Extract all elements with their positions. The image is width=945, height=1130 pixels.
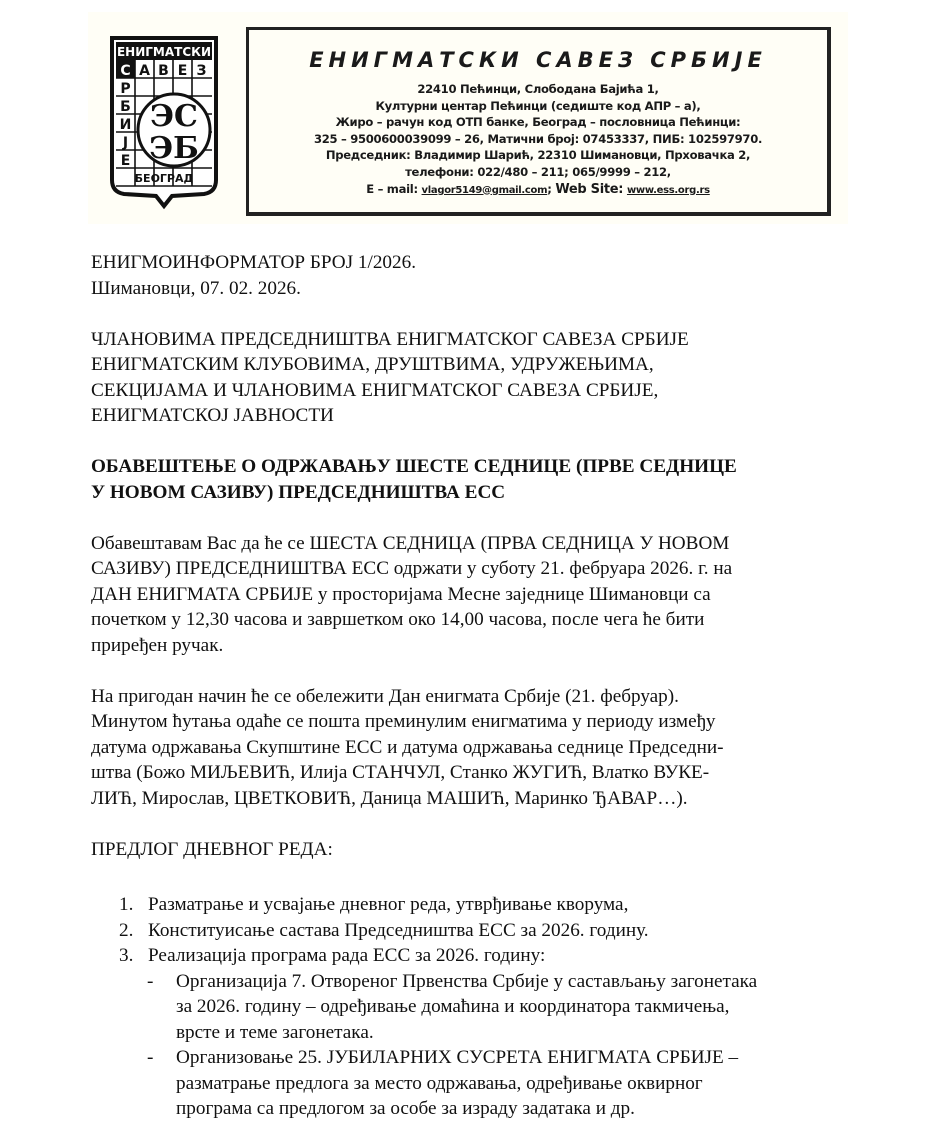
agenda-number: 1. bbox=[119, 892, 133, 918]
agenda-text: Конституисање састава Председништва ЕСС … bbox=[148, 920, 649, 941]
registration-numbers-line: 325 – 9500600039099 – 26, Матични број: … bbox=[249, 131, 827, 148]
svg-text:Р: Р bbox=[120, 81, 130, 97]
email-link[interactable]: vlagor5149@gmail.com bbox=[422, 185, 548, 196]
subitem-line: врсте и теме загонетака. bbox=[176, 1020, 861, 1046]
svg-text:И: И bbox=[120, 117, 132, 133]
website-link[interactable]: www.ess.org.rs bbox=[627, 185, 710, 196]
paragraph-line: приређен ручак. bbox=[91, 633, 861, 659]
agenda-subitem: - Организација 7. Отвореног Првенства Ср… bbox=[91, 969, 861, 1046]
paragraph-line: Обавештавам Вас да ће се ШЕСТА СЕДНИЦА (… bbox=[91, 531, 861, 557]
subitem-line: Организација 7. Отвореног Првенства Срби… bbox=[176, 969, 861, 995]
agenda-subitems: - Организација 7. Отвореног Првенства Ср… bbox=[91, 969, 861, 1122]
paragraph-line: Минутом ћутања одаће се пошта преминулим… bbox=[91, 709, 861, 735]
notice-title: ОБАВЕШТЕЊЕ О ОДРЖАВАЊУ ШЕСТЕ СЕДНИЦЕ (ПР… bbox=[91, 454, 861, 505]
recipient-line: ЕНИГМАТСКОЈ ЈАВНОСТИ bbox=[91, 403, 861, 429]
svg-text:А: А bbox=[139, 63, 150, 79]
svg-text:ЭС: ЭС bbox=[150, 99, 198, 134]
svg-text:С: С bbox=[120, 63, 130, 79]
recipients-block: ЧЛАНОВИМА ПРЕДСЕДНИШТВА ЕНИГМАТСКОГ САВЕ… bbox=[91, 327, 861, 429]
svg-text:Е: Е bbox=[178, 63, 188, 79]
phones-line: телефони: 022/480 – 211; 065/9999 – 212, bbox=[249, 164, 827, 181]
ess-shield-logo-icon: ЕНИГМАТСКИ С А В Е З Р Б И Ј Е ЭС ЭБ БЕО… bbox=[104, 30, 224, 210]
agenda-item: 2.Конституисање састава Председништва ЕС… bbox=[91, 918, 861, 944]
subitem-line: Организовање 25. ЈУБИЛАРНИХ СУСРЕТА ЕНИГ… bbox=[176, 1045, 861, 1071]
organization-name: ЕНИГМАТСКИ САВЕЗ СРБИЈЕ bbox=[249, 48, 827, 72]
agenda-text: Разматрање и усвајање дневног реда, утвр… bbox=[148, 894, 628, 915]
web-label: Web Site: bbox=[555, 182, 623, 197]
subitem-line: разматрање предлога за место одржавања, … bbox=[176, 1071, 861, 1097]
subitem-line: за 2026. годину – одређивање домаћина и … bbox=[176, 994, 861, 1020]
svg-text:Б: Б bbox=[120, 99, 131, 115]
place-date: Шимановци, 07. 02. 2026. bbox=[91, 276, 861, 302]
email-label: E – mail: bbox=[366, 182, 418, 196]
paragraph-line: ЛИЋ, Мирослав, ЦВЕТКОВИЋ, Даница МАШИЋ, … bbox=[91, 786, 861, 812]
paragraph-line: датума одржавања Скупштине ЕСС и датума … bbox=[91, 735, 861, 761]
president-line: Председник: Владимир Шарић, 22310 Шимано… bbox=[249, 147, 827, 164]
dash-bullet: - bbox=[147, 969, 153, 995]
document-body: ЕНИГМОИНФОРМАТОР БРОЈ 1/2026. Шимановци,… bbox=[91, 250, 861, 1122]
svg-text:З: З bbox=[197, 63, 207, 79]
paragraph-line: САЗИВУ) ПРЕДСЕДНИШТВА ЕСС одржати у субо… bbox=[91, 556, 861, 582]
agenda-subitem: - Организовање 25. ЈУБИЛАРНИХ СУСРЕТА ЕН… bbox=[91, 1045, 861, 1122]
dash-bullet: - bbox=[147, 1045, 153, 1071]
agenda-text: Реализација програма рада ЕСС за 2026. г… bbox=[148, 945, 545, 966]
letterhead-box: ЕНИГМАТСКИ САВЕЗ СРБИЈЕ 22410 Пећинци, С… bbox=[246, 27, 831, 216]
svg-text:Е: Е bbox=[121, 153, 131, 169]
contact-line: E – mail: vlagor5149@gmail.com; Web Site… bbox=[249, 181, 827, 200]
agenda-item: 1.Разматрање и усвајање дневног реда, ут… bbox=[91, 892, 861, 918]
recipient-line: СЕКЦИЈАМА И ЧЛАНОВИМА ЕНИГМАТСКОГ САВЕЗА… bbox=[91, 378, 861, 404]
svg-text:В: В bbox=[158, 63, 169, 79]
agenda-number: 2. bbox=[119, 918, 133, 944]
registered-seat-line: Културни центар Пећинци (седиште код АПР… bbox=[249, 98, 827, 115]
paragraph-line: ДАН ЕНИГМАТА СРБИЈЕ у просторијама Месне… bbox=[91, 582, 861, 608]
notice-title-line: У НОВОМ САЗИВУ) ПРЕДСЕДНИШТВА ЕСС bbox=[91, 480, 861, 506]
paragraph-line: штва (Божо МИЉЕВИЋ, Илија СТАНЧУЛ, Станк… bbox=[91, 760, 861, 786]
issue-number: ЕНИГМОИНФОРМАТОР БРОЈ 1/2026. bbox=[91, 250, 861, 276]
recipient-line: ЕНИГМАТСКИМ КЛУБОВИМА, ДРУШТВИМА, УДРУЖЕ… bbox=[91, 352, 861, 378]
agenda-list: 1.Разматрање и усвајање дневног реда, ут… bbox=[91, 892, 861, 969]
agenda-number: 3. bbox=[119, 943, 133, 969]
paragraph-line: почетком у 12,30 часова и завршетком око… bbox=[91, 607, 861, 633]
recipient-line: ЧЛАНОВИМА ПРЕДСЕДНИШТВА ЕНИГМАТСКОГ САВЕ… bbox=[91, 327, 861, 353]
paragraph-line: На пригодан начин ће се обележити Дан ен… bbox=[91, 684, 861, 710]
subitem-line: програма са предлогом за особе за израду… bbox=[176, 1096, 861, 1122]
svg-text:БЕОГРАД: БЕОГРАД bbox=[135, 172, 194, 185]
svg-text:ЕНИГМАТСКИ: ЕНИГМАТСКИ bbox=[117, 45, 211, 59]
agenda-item: 3.Реализација програма рада ЕСС за 2026.… bbox=[91, 943, 861, 969]
svg-text:ЭБ: ЭБ bbox=[149, 131, 199, 166]
commemoration-paragraph: На пригодан начин ће се обележити Дан ен… bbox=[91, 684, 861, 812]
address-line: 22410 Пећинци, Слободана Бајића 1, bbox=[249, 81, 827, 98]
bank-account-line: Жиро – рачун код ОТП банке, Београд – по… bbox=[249, 114, 827, 131]
agenda-heading: ПРЕДЛОГ ДНЕВНОГ РЕДА: bbox=[91, 837, 861, 863]
session-announcement-paragraph: Обавештавам Вас да ће се ШЕСТА СЕДНИЦА (… bbox=[91, 531, 861, 659]
contact-separator: ; bbox=[547, 182, 551, 196]
notice-title-line: ОБАВЕШТЕЊЕ О ОДРЖАВАЊУ ШЕСТЕ СЕДНИЦЕ (ПР… bbox=[91, 454, 861, 480]
svg-text:Ј: Ј bbox=[122, 135, 128, 151]
